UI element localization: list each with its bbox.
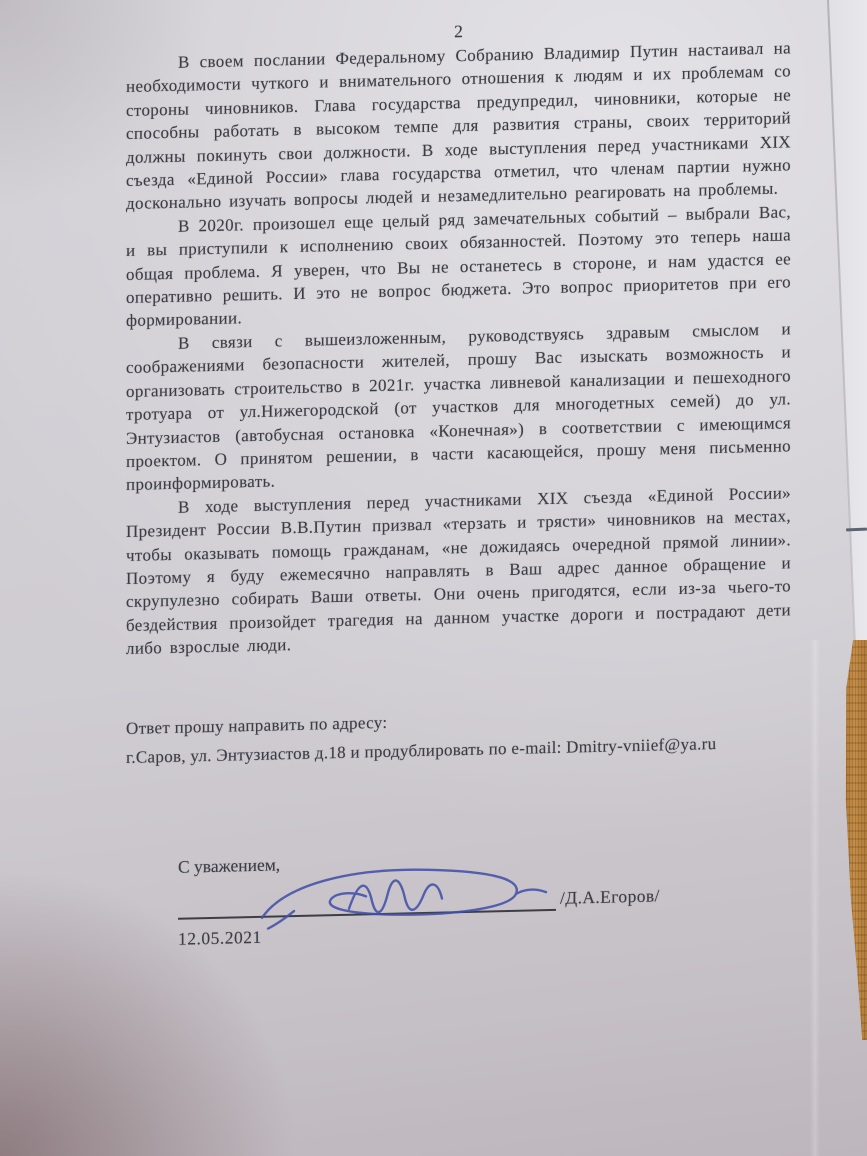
paragraph-putin-address: В своем послании Федеральному Собранию В… [126,36,791,216]
photographed-letter: 15731 9/ научно-в эмпирин 2 В своем посл… [0,0,867,1156]
paragraph-monthly-appeal: В ходе выступления перед участниками XIX… [126,481,791,661]
paper-edge-highlight [810,640,820,1156]
paragraph-request-construction: В связи с вышеизложенным, руководствуясь… [126,317,791,497]
letter-body: 2 В своем послании Федеральному Собранию… [126,12,791,952]
wooden-table-edge [843,640,867,1040]
signature-name: /Д.А.Егоров/ [560,885,660,907]
signature-underline [178,885,556,920]
paragraph-2020-events: В 2020г. произошел еще целый ряд замечат… [126,200,791,333]
salutation: С уважением, [126,842,791,881]
